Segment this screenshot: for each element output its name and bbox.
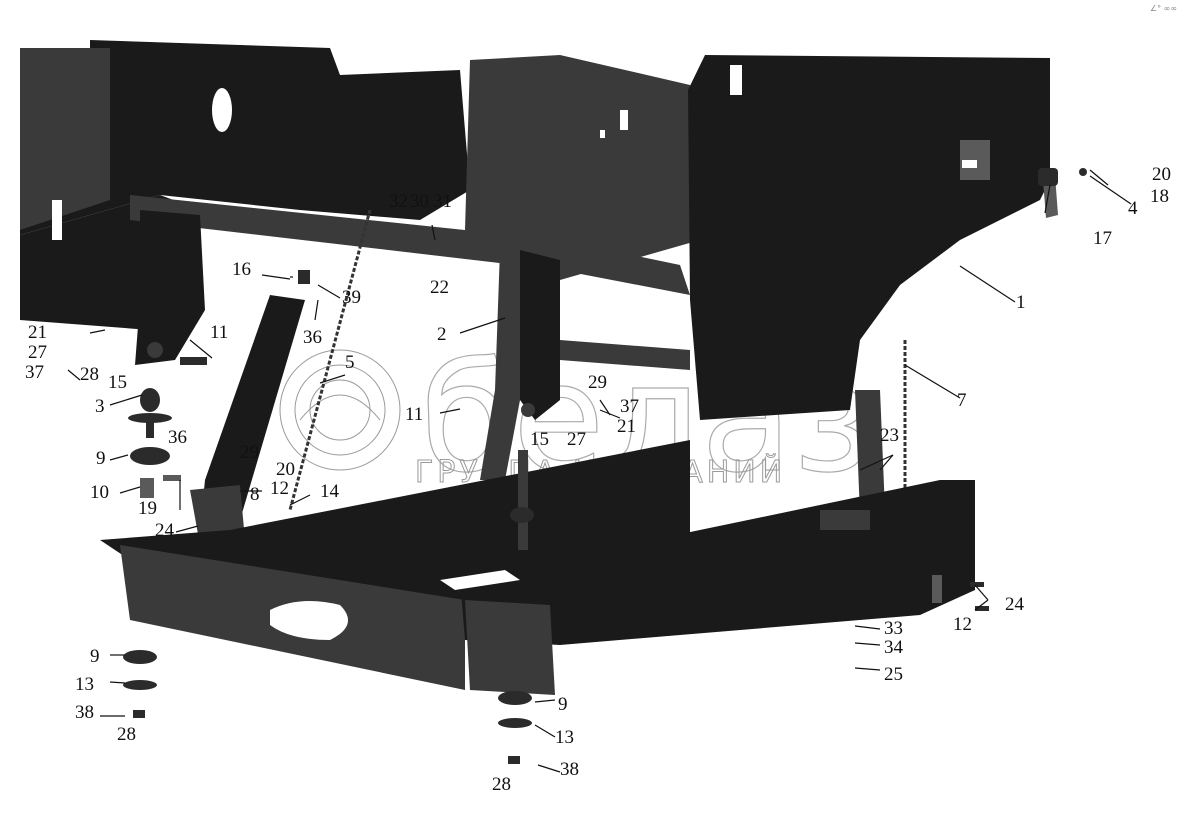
callout-30: 30	[410, 191, 429, 212]
callout-29-center: 29	[588, 372, 607, 393]
callout-27-left: 27	[28, 342, 47, 363]
rod-5	[290, 210, 370, 510]
callout-22: 22	[430, 277, 449, 298]
callout-15-left: 15	[108, 372, 127, 393]
callout-16: 16	[232, 259, 251, 280]
callout-15-center: 15	[530, 429, 549, 450]
callout-21-left: 21	[28, 322, 47, 343]
callout-32: 32	[389, 191, 408, 212]
callout-18: 18	[1150, 186, 1169, 207]
callout-28-upper: 28	[80, 364, 99, 385]
callout-27-center: 27	[567, 429, 586, 450]
callout-28-lower-left: 28	[117, 724, 136, 745]
callout-24-left: 24	[155, 520, 175, 541]
callout-23: 23	[880, 425, 899, 446]
callout-7: 7	[957, 390, 967, 411]
callout-31: 31	[433, 191, 452, 212]
callout-21-center: 21	[617, 416, 636, 437]
callout-37-left: 37	[25, 362, 44, 383]
callout-20-left: 20	[276, 459, 295, 480]
callout-13-center: 13	[555, 727, 574, 748]
callout-9-lower-center: 9	[558, 694, 568, 715]
left-hinge-bracket	[135, 210, 205, 365]
callout-24-right: 24	[1005, 594, 1025, 615]
callout-33: 33	[884, 618, 903, 639]
callout-19: 19	[138, 498, 157, 519]
callout-14: 14	[320, 481, 340, 502]
callout-2: 2	[437, 324, 447, 345]
link-arm	[190, 295, 305, 545]
callout-34: 34	[884, 637, 904, 658]
callout-12-left: 12	[270, 478, 289, 499]
callout-1: 1	[1016, 292, 1026, 313]
cab-floor-left	[20, 40, 470, 330]
callout-36-upper: 36	[303, 327, 322, 348]
callout-13-left: 13	[75, 674, 94, 695]
callout-39: 39	[342, 287, 361, 308]
callout-11-left: 11	[210, 322, 228, 343]
callout-8: 8	[250, 484, 260, 505]
parts-diagram: белаз ГРУППА КОМПАНИЙ	[0, 0, 1185, 820]
callout-10: 10	[90, 482, 109, 503]
callout-9-lower-left: 9	[90, 646, 100, 667]
callout-28-lower-center: 28	[492, 774, 511, 795]
callout-25: 25	[884, 664, 903, 685]
callout-3: 3	[95, 396, 105, 417]
callout-20-right: 20	[1152, 164, 1171, 185]
callout-11-center: 11	[405, 404, 423, 425]
callout-38-left: 38	[75, 702, 94, 723]
callout-38-center: 38	[560, 759, 579, 780]
callout-5: 5	[345, 352, 355, 373]
cab-panel-right	[688, 55, 1058, 420]
callout-36-lower: 36	[168, 427, 187, 448]
callout-4: 4	[1128, 198, 1138, 219]
callout-12-right: 12	[953, 614, 972, 635]
callout-37-center: 37	[620, 396, 639, 417]
callout-29-left: 29	[240, 442, 259, 463]
callout-17: 17	[1093, 228, 1112, 249]
callout-9-upper: 9	[96, 448, 106, 469]
